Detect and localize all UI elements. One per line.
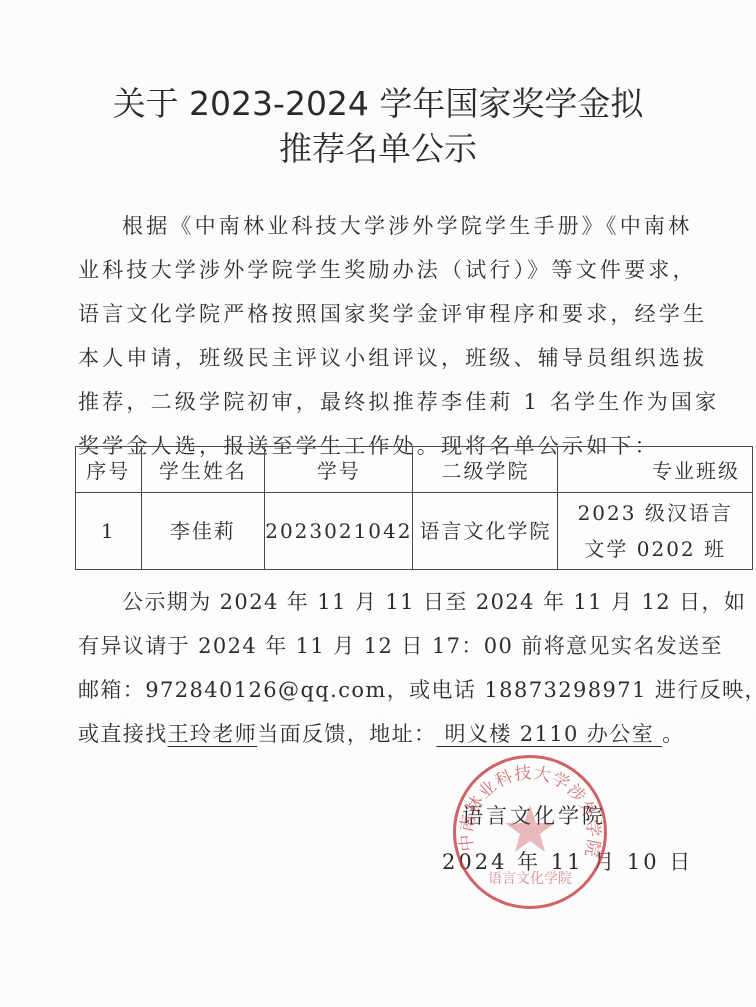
contact-phone[interactable]: 18873298971	[484, 678, 646, 702]
phone-label: ，或电话	[387, 678, 485, 702]
notice-text: 或直接找	[78, 722, 168, 746]
signature-date: 2024 年 11 月 10 日	[442, 846, 693, 876]
header-college: 二级学院	[413, 447, 558, 493]
intro-line: 推荐，二级学院初审，最终拟推荐李佳莉 1 名学生作为国家	[78, 380, 708, 424]
notice-line: 邮箱：972840126@qq.com，或电话 18873298971 进行反映…	[78, 668, 708, 712]
notice-line: 有异议请于 2024 年 11 月 12 日 17：00 前将意见实名发送至	[78, 624, 708, 668]
nominee-table: 序号 学生姓名 学号 二级学院 专业班级 1 李佳莉 2023021042 语言…	[75, 446, 753, 570]
notice-text: 当面反馈，地址：	[257, 722, 436, 746]
contact-person: 王玲老师	[168, 722, 258, 746]
notice-text: 进行反映，	[647, 678, 756, 702]
intro-paragraph: 根据《中南林业科技大学涉外学院学生手册》《中南林 业科技大学涉外学院学生奖励办法…	[78, 204, 708, 468]
seal-star-icon: 中南林业科技大学涉外学院 语言文化学院	[453, 755, 607, 909]
notice-text: 。	[662, 722, 684, 746]
class-line1: 2023 级汉语言	[558, 495, 752, 531]
class-line2: 文学 0202 班	[558, 531, 752, 567]
intro-line: 语言文化学院严格按照国家奖学金评审程序和要求，经学生	[78, 292, 708, 336]
cell-student-id: 2023021042	[265, 493, 413, 570]
cell-college: 语言文化学院	[413, 493, 558, 570]
table-header-row: 序号 学生姓名 学号 二级学院 专业班级	[76, 447, 753, 493]
email-label: 邮箱：	[78, 678, 145, 702]
document-title-line2: 推荐名单公示	[0, 127, 756, 171]
table-row: 1 李佳莉 2023021042 语言文化学院 2023 级汉语言 文学 020…	[76, 493, 753, 570]
document-title-line1: 关于 2023-2024 学年国家奖学金拟	[0, 82, 756, 126]
header-student-name: 学生姓名	[141, 447, 265, 493]
intro-line: 根据《中南林业科技大学涉外学院学生手册》《中南林	[78, 204, 708, 248]
notice-line: 或直接找王玲老师当面反馈，地址： 明义楼 2110 办公室 。	[78, 712, 708, 756]
notice-paragraph: 公示期为 2024 年 11 月 11 日至 2024 年 11 月 12 日，…	[78, 580, 708, 756]
intro-line: 业科技大学涉外学院学生奖励办法（试行）》等文件要求，	[78, 248, 708, 292]
official-seal-stamp: 中南林业科技大学涉外学院 语言文化学院	[453, 755, 607, 909]
office-address: 明义楼 2110 办公室	[436, 722, 662, 746]
document-page: 关于 2023-2024 学年国家奖学金拟 推荐名单公示 根据《中南林业科技大学…	[0, 0, 756, 1007]
cell-seq: 1	[76, 493, 142, 570]
header-seq: 序号	[76, 447, 142, 493]
signature-organization: 语言文化学院	[462, 800, 606, 830]
header-student-id: 学号	[265, 447, 413, 493]
header-major-class: 专业班级	[558, 447, 753, 493]
contact-email[interactable]: 972840126@qq.com	[145, 678, 387, 702]
cell-student-name: 李佳莉	[141, 493, 265, 570]
notice-line: 公示期为 2024 年 11 月 11 日至 2024 年 11 月 12 日，…	[78, 580, 708, 624]
cell-major-class: 2023 级汉语言 文学 0202 班	[558, 493, 753, 570]
intro-line: 本人申请，班级民主评议小组评议，班级、辅导员组织选拔	[78, 336, 708, 380]
